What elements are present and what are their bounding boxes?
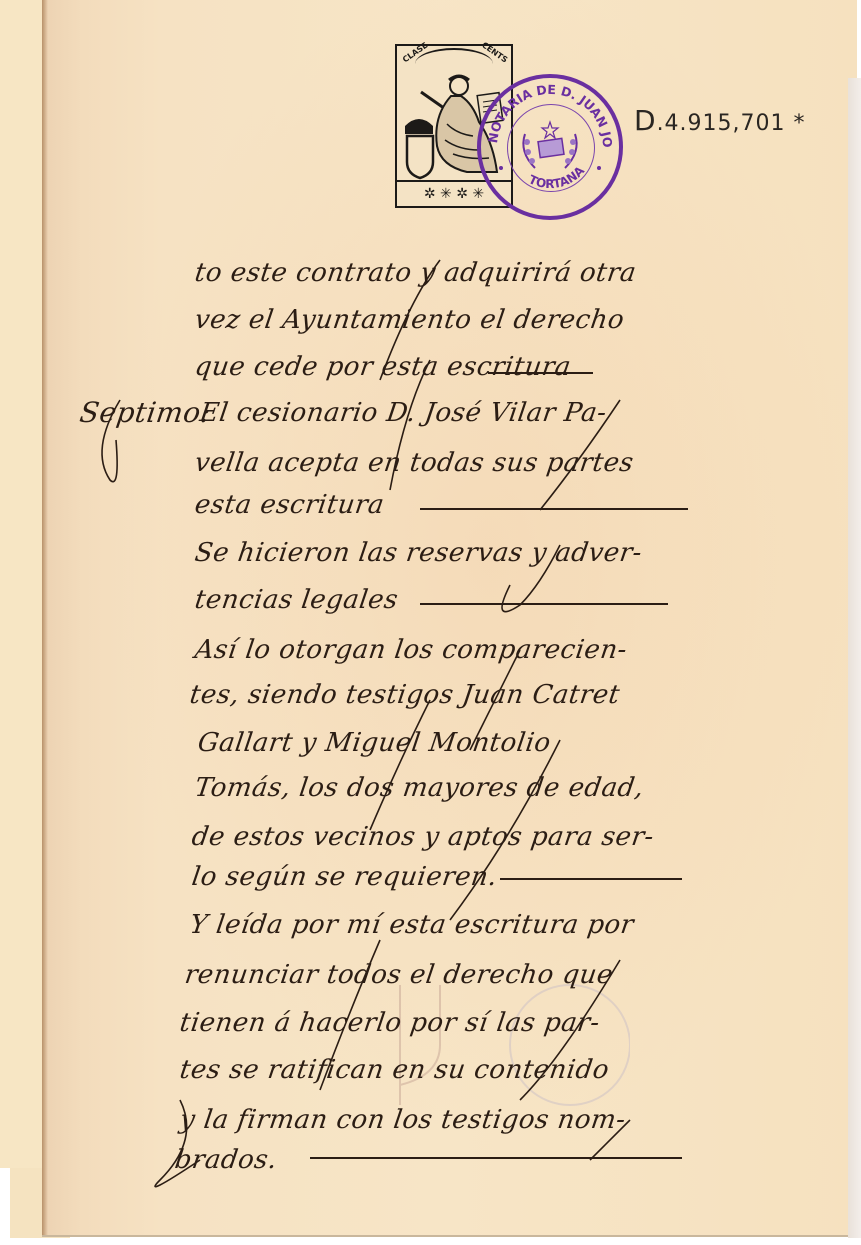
pen-flourishes [0, 0, 861, 1245]
